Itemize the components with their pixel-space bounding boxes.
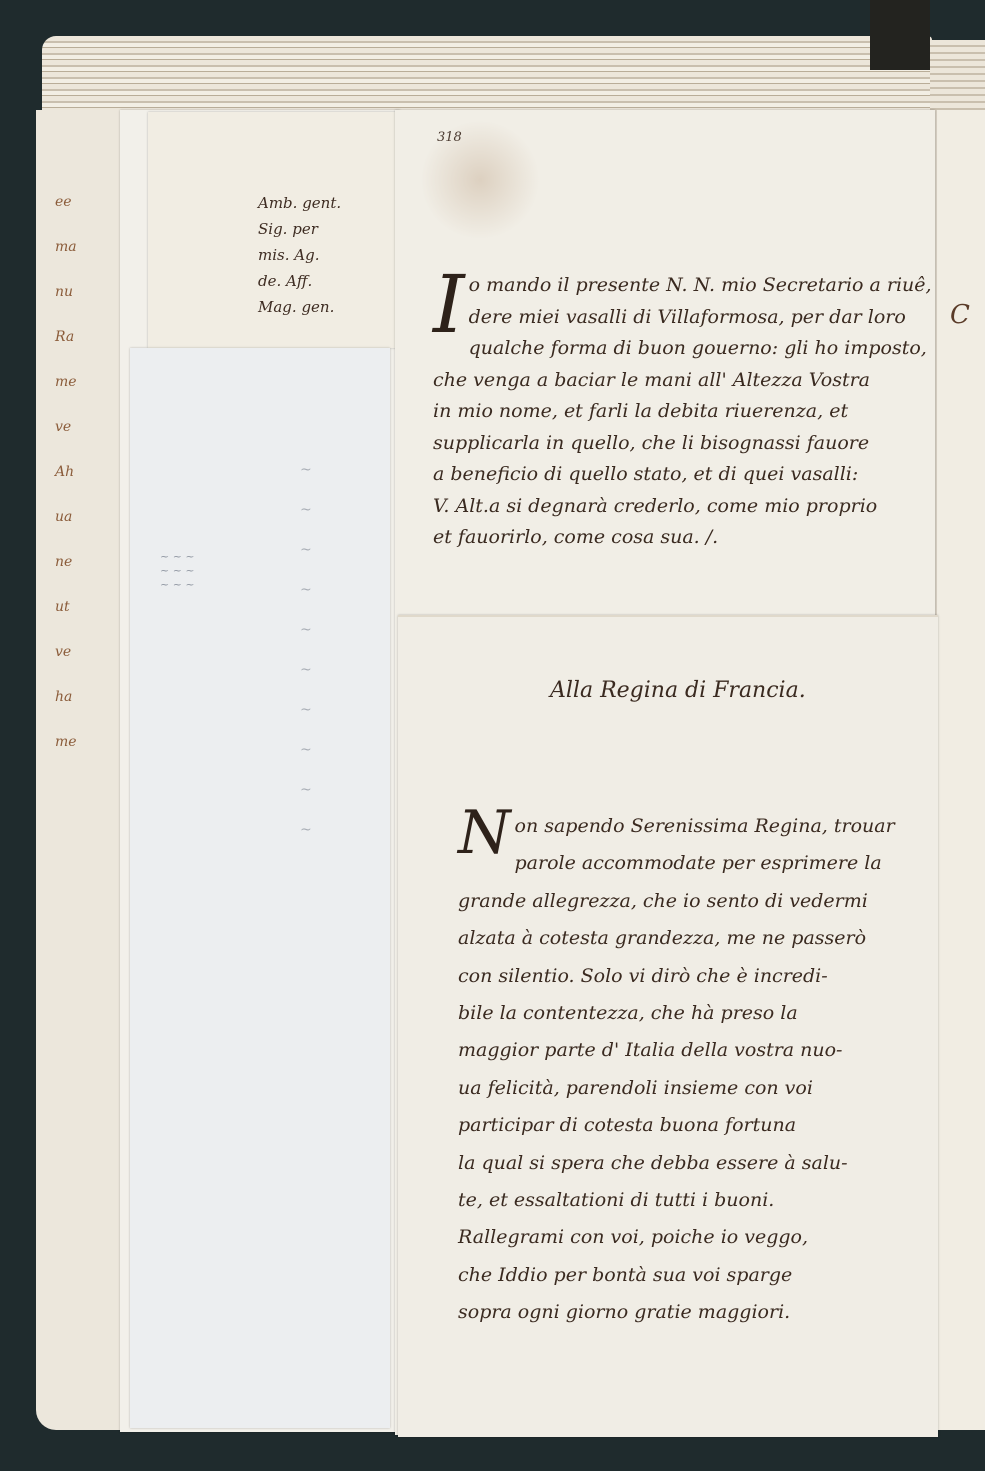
margin-fragment: ut	[55, 585, 115, 630]
margin-fragment: Ah	[55, 450, 115, 495]
margin-fragment: ne	[55, 540, 115, 585]
text-line: et fauorirlo, come cosa sua. /.	[433, 522, 933, 554]
margin-fragment: nu	[55, 270, 115, 315]
margin-fragment: me	[55, 720, 115, 765]
text-line: qualche forma di buon gouerno: gli ho im…	[433, 333, 933, 365]
margin-fragment: me	[55, 360, 115, 405]
text-line: V. Alt.a si degnarà crederlo, come mio p…	[433, 491, 933, 523]
dropcap: I	[433, 270, 465, 340]
letter-2-body: N on sapendo Serenissima Regina, trouarp…	[458, 808, 933, 1332]
text-line: Rallegrami con voi, poiche io veggo,	[458, 1219, 933, 1256]
note-line: Amb. gent.	[258, 190, 398, 216]
margin-fragment: ua	[55, 495, 115, 540]
text-line: ua felicità, parendoli insieme con voi	[458, 1070, 933, 1107]
book-spine	[870, 0, 930, 70]
note-line: Sig. per	[258, 216, 398, 242]
text-line: on sapendo Serenissima Regina, trouar	[458, 808, 933, 845]
text-line: con silentio. Solo vi dirò che è incredi…	[458, 958, 933, 995]
margin-fragment: ha	[55, 675, 115, 720]
letter-1-body: I o mando il presente N. N. mio Secretar…	[433, 270, 933, 554]
text-line: maggior parte d' Italia della vostra nuo…	[458, 1032, 933, 1069]
text-line: la qual si spera che debba essere à salu…	[458, 1145, 933, 1182]
faded-bleedthrough: ~ ~ ~~ ~ ~~ ~ ~	[160, 550, 270, 592]
text-line: che Iddio per bontà sua voi sparge	[458, 1257, 933, 1294]
margin-fragment: ve	[55, 405, 115, 450]
letter-2-addressee: Alla Regina di Francia.	[550, 678, 806, 703]
dropcap: N	[458, 808, 511, 858]
folio-number: 318	[437, 130, 462, 145]
text-line: in mio nome, et farli la debita riuerenz…	[433, 396, 933, 428]
book-edge-right	[930, 40, 985, 120]
text-line: bile la contentezza, che hà preso la	[458, 995, 933, 1032]
margin-fragment: ee	[55, 180, 115, 225]
note-line: de. Aff.	[258, 268, 398, 294]
faded-bleedthrough-column: ~~~~~~~~~~	[300, 450, 385, 850]
note-line: Mag. gen.	[258, 294, 398, 320]
note-line: mis. Ag.	[258, 242, 398, 268]
margin-fragment: ve	[55, 630, 115, 675]
text-line: a beneficio di quello stato, et di quei …	[433, 459, 933, 491]
text-line: grande allegrezza, che io sento di veder…	[458, 883, 933, 920]
margin-fragment: Ra	[55, 315, 115, 360]
text-line: participar di cotesta buona fortuna	[458, 1107, 933, 1144]
text-line: alzata à cotesta grandezza, me ne passer…	[458, 920, 933, 957]
facing-page-fragment: C	[950, 300, 970, 330]
text-line: supplicarla in quello, che li bisognassi…	[433, 428, 933, 460]
text-line: parole accommodate per esprimere la	[458, 845, 933, 882]
text-line: sopra ogni giorno gratie maggiori.	[458, 1294, 933, 1331]
slip-notes: Amb. gent.Sig. permis. Ag.de. Aff.Mag. g…	[258, 190, 398, 320]
left-margin-fragments: eemanuRameveAhuaneutvehame	[55, 180, 115, 765]
margin-fragment: ma	[55, 225, 115, 270]
text-line: te, et essaltationi di tutti i buoni.	[458, 1182, 933, 1219]
text-line: o mando il presente N. N. mio Secretario…	[433, 270, 933, 302]
text-line: che venga a baciar le mani all' Altezza …	[433, 365, 933, 397]
text-line: dere miei vasalli di Villaformosa, per d…	[433, 302, 933, 334]
